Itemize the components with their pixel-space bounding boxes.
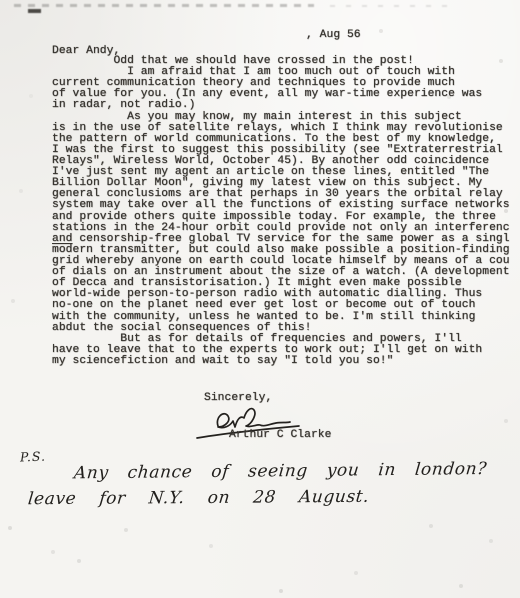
postscript-line-2: leave for N.Y. on 28 August. <box>27 487 370 509</box>
signature-path <box>217 409 290 428</box>
letter-line: system may take over all the functions o… <box>52 200 510 211</box>
letter-line: no-one on the planet need ever get lost … <box>52 300 510 311</box>
postscript-line-1: Any chance of seeing you in london? I <box>73 459 520 484</box>
scan-artifact-dashes <box>14 4 314 7</box>
letter-line: As you may know, my main interest in thi… <box>52 112 510 123</box>
letter-date: , Aug 56 <box>306 29 361 41</box>
scanned-letter-page: , Aug 56 Dear Andy, Odd that we should h… <box>0 0 520 598</box>
scan-artifact-mark <box>28 9 41 13</box>
letter-line: and provide others quite impossible toda… <box>52 212 510 223</box>
letter-line: my sciencefiction and wait to say "I tol… <box>52 356 510 367</box>
scan-artifact-dashes-faint <box>330 5 450 7</box>
typed-name: Arthur C Clarke <box>229 429 331 441</box>
letter-line: with the community, unless he wanted to … <box>52 312 510 323</box>
paper-specks <box>0 0 2 2</box>
postscript-label: P.S. <box>20 449 46 465</box>
letter-body: Odd that we should have crossed in the p… <box>52 56 510 367</box>
letter-line: in radar, not radio.) <box>52 100 510 111</box>
